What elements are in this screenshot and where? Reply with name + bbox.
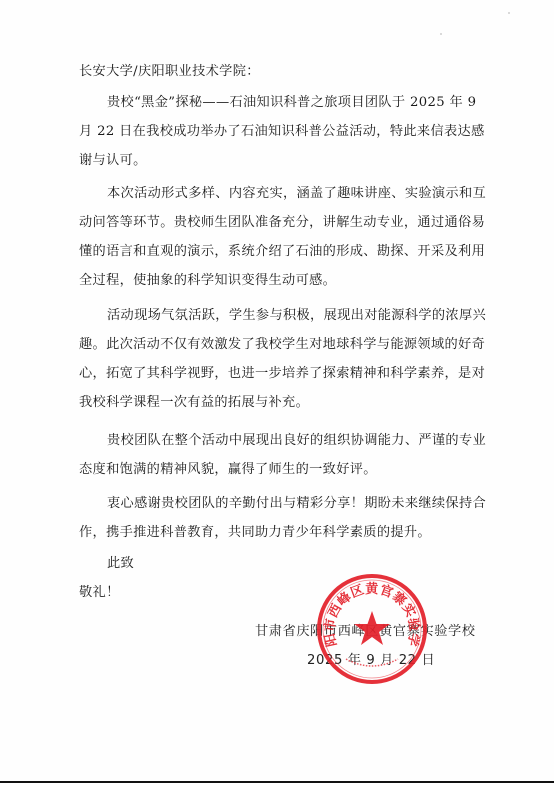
paragraph-3-line-2: 趣。此次活动不仅有效激发了我校学生对地球科学与能源领域的好奇: [79, 337, 479, 353]
letter-page: 长安大学/庆阳职业技术学院： 贵校“黑金”探秘——石油知识科普之旅项目团队于 2…: [0, 0, 554, 783]
scan-speck: [440, 33, 442, 35]
paragraph-3-line-1: 活动现场气氛活跃，学生参与积极，展现出对能源科学的浓厚兴: [107, 308, 507, 324]
salutation: 长安大学/庆阳职业技术学院：: [79, 64, 479, 80]
paragraph-2-line-4: 全过程，使抽象的科学知识变得生动可感。: [79, 273, 479, 289]
paragraph-5-line-2: 作，携手推进科普教育，共同助力青少年科学素质的提升。: [79, 525, 479, 541]
paragraph-1-line-3: 谢与认可。: [79, 153, 479, 169]
paragraph-4-line-1: 贵校团队在整个活动中展现出良好的组织协调能力、严谨的专业: [107, 433, 507, 449]
page-bottom-edge: [0, 781, 554, 783]
paragraph-4-line-2: 态度和饱满的精神风貌，赢得了师生的一致好评。: [79, 462, 479, 478]
paragraph-1-line-2: 月 22 日在我校成功举办了石油知识科普公益活动，特此来信表达感: [79, 124, 479, 140]
paragraph-2-line-1: 本次活动形式多样、内容充实，涵盖了趣味讲座、实验演示和互: [107, 186, 507, 202]
official-seal-icon: 庆阳市西峰区黄官寨实验学校: [316, 573, 428, 685]
paragraph-1-line-1: 贵校“黑金”探秘——石油知识科普之旅项目团队于 2025 年 9: [107, 95, 507, 111]
paragraph-2-line-3: 懂的语言和直观的演示，系统介绍了石油的形成、勘探、开采及利用: [79, 244, 479, 260]
closing-regards: 此致: [107, 556, 507, 572]
paragraph-5-line-1: 衷心感谢贵校团队的辛勤付出与精彩分享！期盼未来继续保持合: [107, 496, 507, 512]
scan-speck: [508, 12, 510, 14]
paragraph-3-line-3: 心，拓宽了其科学视野，也进一步培养了探索精神和科学素养，是对: [79, 366, 479, 382]
paragraph-3-line-4: 我校科学课程一次有益的拓展与补充。: [79, 395, 479, 411]
paragraph-2-line-2: 动问答等环节。贵校师生团队准备充分，讲解生动专业，通过通俗易: [79, 215, 479, 231]
